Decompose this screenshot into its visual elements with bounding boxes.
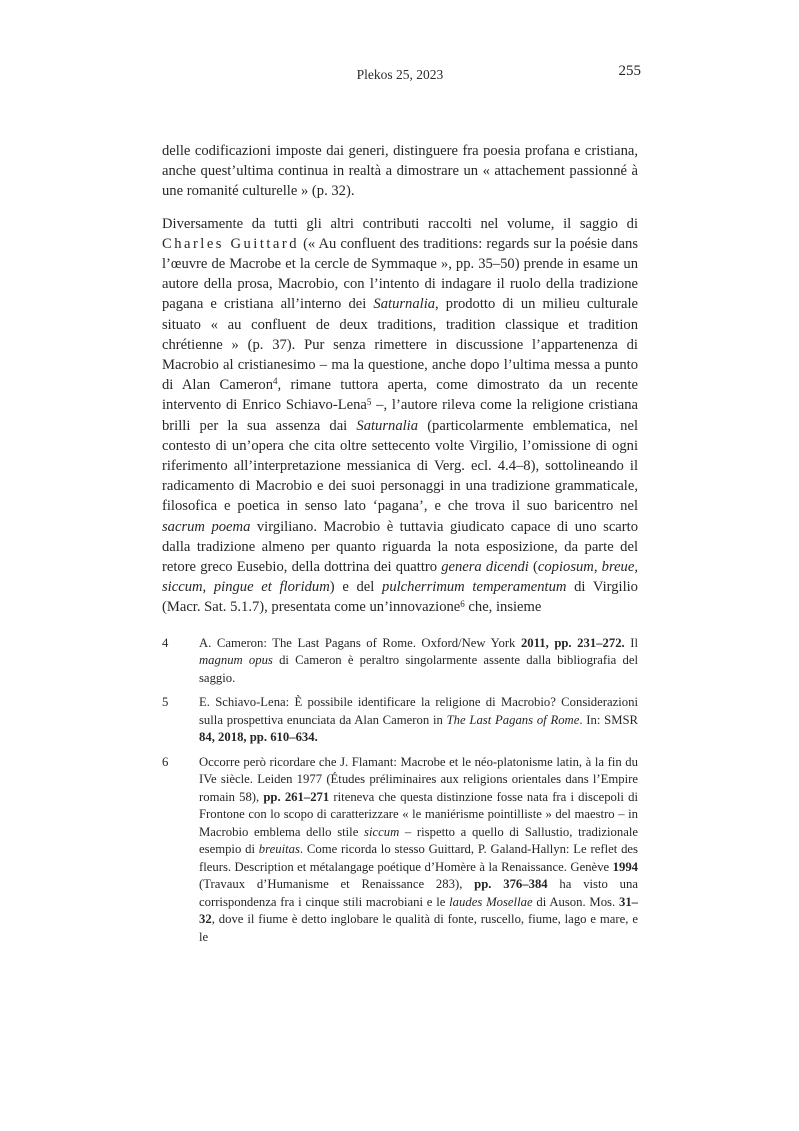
journal-page: Plekos 25, 2023 255 delle codificazioni … [0,0,799,1131]
running-header-journal-title: Plekos 25, 2023 [162,66,638,83]
body-paragraph: delle codificazioni imposte dai generi, … [162,141,638,202]
footnote-item: 4 A. Cameron: The Last Pagans of Rome. O… [162,635,638,688]
footnote-number: 5 [162,694,199,747]
footnote-text: Occorre però ricordare che J. Flamant: M… [199,754,638,947]
footnote-reference: 4 [273,376,278,386]
footnote-reference: 6 [460,599,465,609]
footnotes-section: 4 A. Cameron: The Last Pagans of Rome. O… [162,635,638,947]
body-paragraph: Diversamente da tutti gli altri contribu… [162,214,638,618]
footnote-text: A. Cameron: The Last Pagans of Rome. Oxf… [199,635,638,688]
page-number: 255 [619,62,642,80]
footnote-item: 6 Occorre però ricordare che J. Flamant:… [162,754,638,947]
footnote-item: 5 E. Schiavo-Lena: È possibile identific… [162,694,638,747]
footnote-text: E. Schiavo-Lena: È possibile identificar… [199,694,638,747]
text-column: delle codificazioni imposte dai generi, … [162,141,638,946]
footnote-reference: 5 [367,397,372,407]
footnote-number: 4 [162,635,199,688]
footnote-number: 6 [162,754,199,947]
